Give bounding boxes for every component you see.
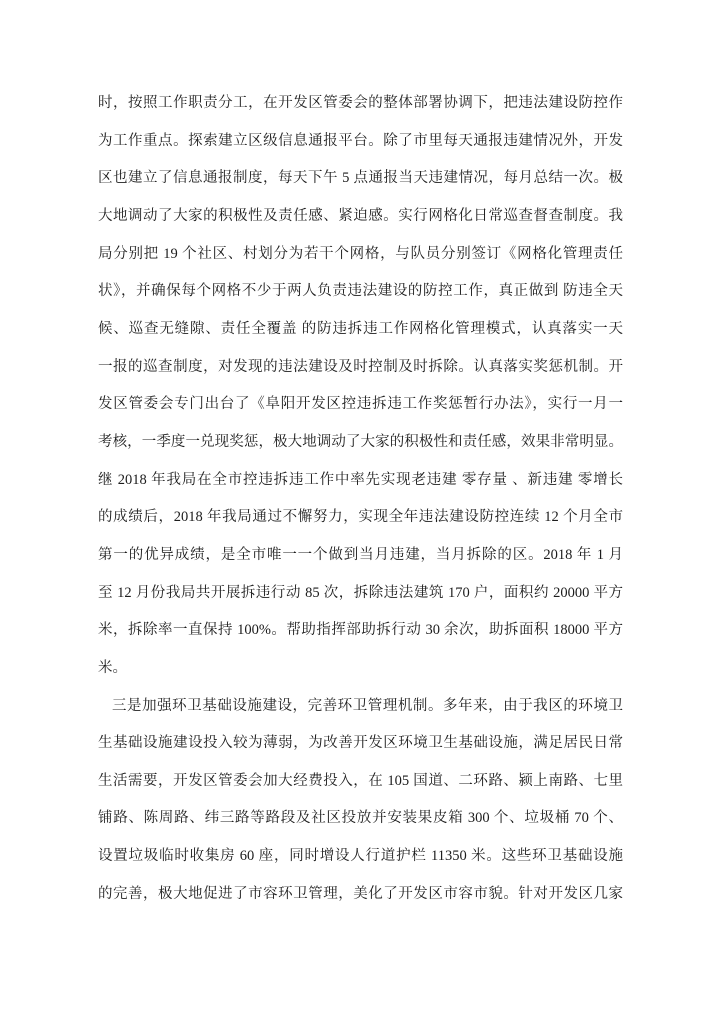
text-line: 继 2018 年我局在全市控违拆违工作中率先实现老违建 零存量 、新违建 零增长: [98, 462, 623, 500]
text-line: 铺路、陈周路、纬三路等路段及社区投放并安装果皮箱 300 个、垃圾桶 70 个、: [98, 800, 623, 838]
text-line: 第一的优异成绩，是全市唯一一个做到当月违建，当月拆除的区。2018 年 1 月: [98, 537, 623, 575]
text-line: 米，拆除率一直保持 100%。帮助指挥部助拆行动 30 余次，助拆面积 1800…: [98, 612, 623, 650]
text-line: 考核，一季度一兑现奖惩，极大地调动了大家的积极性和责任感，效果非常明显。: [98, 424, 623, 462]
text-line: 米。: [98, 650, 623, 688]
text-line: 至 12 月份我局共开展拆违行动 85 次，拆除违法建筑 170 户，面积约 2…: [98, 575, 623, 613]
text-line: 发区管委会专门出台了《阜阳开发区控违拆违工作奖惩暂行办法》，实行一月一: [98, 386, 623, 424]
text-line: 局分别把 19 个社区、村划分为若干个网格，与队员分别签订《网格化管理责任: [98, 236, 623, 274]
text-line: 候、巡查无缝隙、责任全覆盖 的防违拆违工作网格化管理模式，认真落实一天: [98, 311, 623, 349]
document-page: 时，按照工作职责分工，在开发区管委会的整体部署协调下，把违法建设防控作 为工作重…: [0, 0, 721, 1020]
paragraph-1: 时，按照工作职责分工，在开发区管委会的整体部署协调下，把违法建设防控作 为工作重…: [98, 85, 623, 688]
text-line: 设置垃圾临时收集房 60 座，同时增设人行道护栏 11350 米。这些环卫基础设…: [98, 838, 623, 876]
paragraph-2: 三是加强环卫基础设施建设，完善环卫管理机制。多年来，由于我区的环境卫 生基础设施…: [98, 688, 623, 914]
text-line: 为工作重点。探索建立区级信息通报平台。除了市里每天通报违建情况外，开发: [98, 123, 623, 161]
text-line: 大地调动了大家的积极性及责任感、紧迫感。实行网格化日常巡查督查制度。我: [98, 198, 623, 236]
text-line: 生活需要，开发区管委会加大经费投入，在 105 国道、二环路、颍上南路、七里: [98, 763, 623, 801]
text-line: 生基础设施建设投入较为薄弱，为改善开发区环境卫生基础设施，满足居民日常: [98, 725, 623, 763]
text-line: 的成绩后，2018 年我局通过不懈努力，实现全年违法建设防控连续 12 个月全市: [98, 499, 623, 537]
text-line: 时，按照工作职责分工，在开发区管委会的整体部署协调下，把违法建设防控作: [98, 85, 623, 123]
text-line: 状》，并确保每个网格不少于两人负责违法建设的防控工作，真正做到 防违全天: [98, 273, 623, 311]
text-line: 区也建立了信息通报制度，每天下午 5 点通报当天违建情况，每月总结一次。极: [98, 160, 623, 198]
text-line: 的完善，极大地促进了市容环卫管理，美化了开发区市容市貌。针对开发区几家: [98, 876, 623, 914]
text-line: 三是加强环卫基础设施建设，完善环卫管理机制。多年来，由于我区的环境卫: [98, 688, 623, 726]
text-line: 一报的巡查制度，对发现的违法建设及时控制及时拆除。认真落实奖惩机制。开: [98, 349, 623, 387]
